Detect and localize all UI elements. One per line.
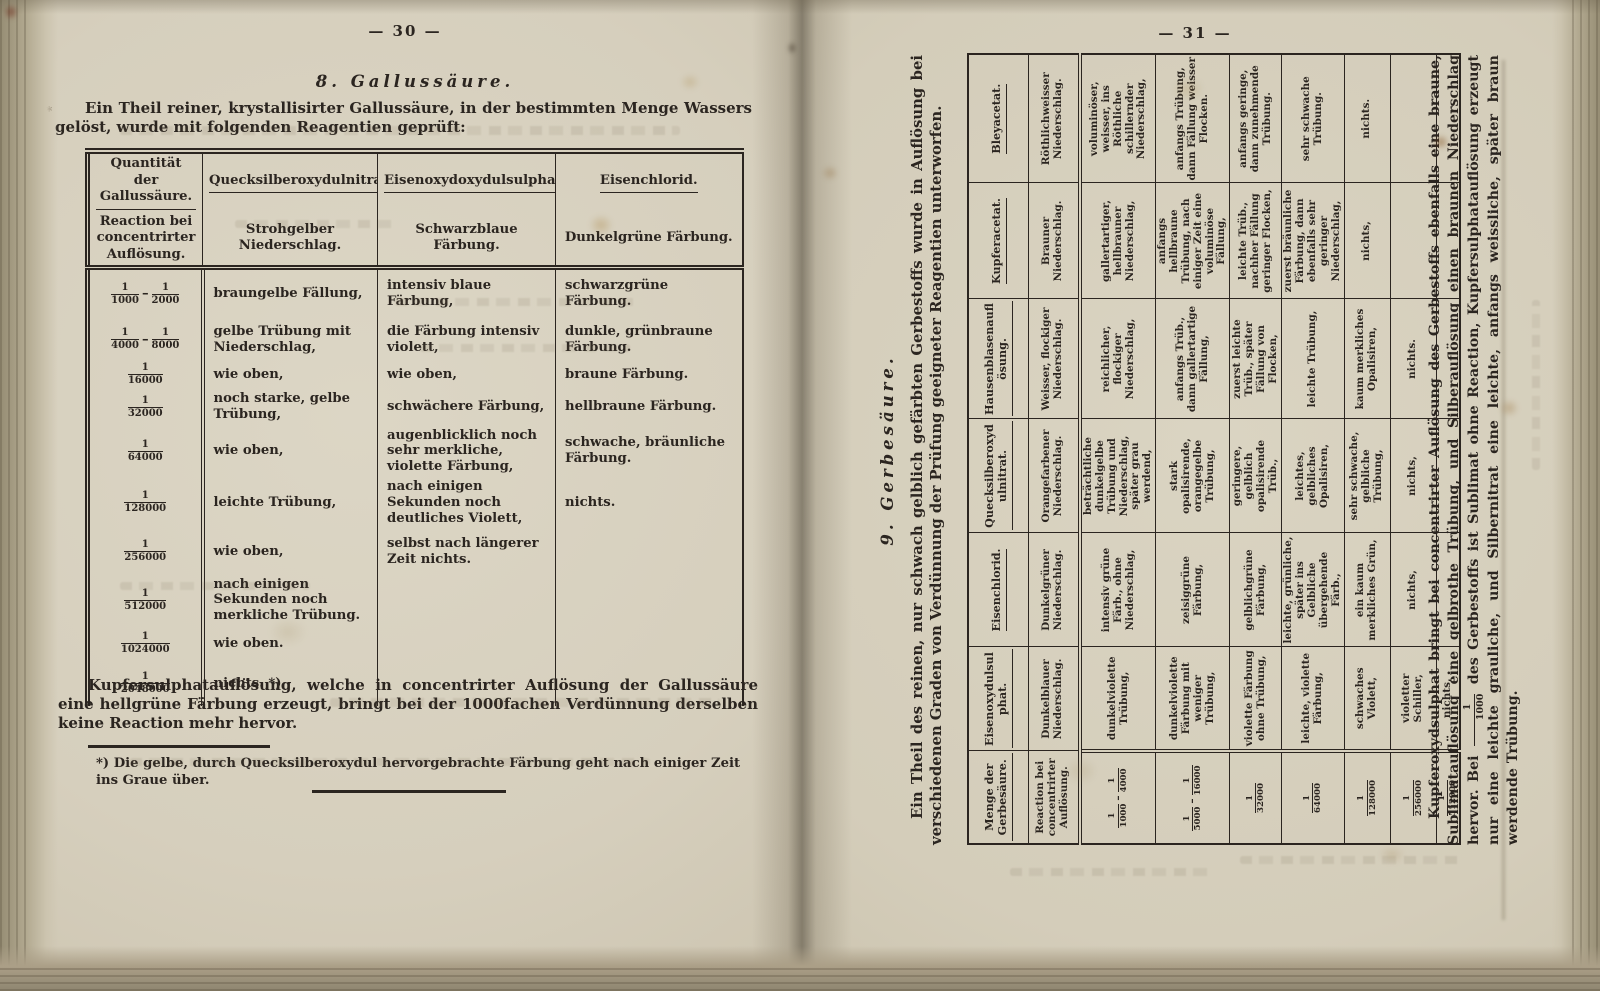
reaction-cell: anfangs Trüb., dann gallertartige Fällun… bbox=[1156, 299, 1230, 419]
intro-paragraph-left: Ein Theil reiner, krystallisirter Gallus… bbox=[55, 99, 752, 137]
page-31: — 31 — 9. Gerbesäure. Ein Theil des rein… bbox=[790, 0, 1600, 991]
reaction-cell: noch starke, gelbe Trübung, bbox=[203, 389, 378, 426]
column-header: Quecksilberoxydulnitrat. bbox=[203, 151, 378, 212]
quantity-cell: 14000–18000 bbox=[88, 319, 203, 361]
table-header: Menge der Gerbesäure.Eisenoxydulsulphat.… bbox=[968, 54, 1080, 844]
quantity-cell: 164000 bbox=[1282, 751, 1344, 844]
section-title-gallussaeure: 8. Gallussäure. bbox=[95, 72, 735, 91]
column-header: Quecksilberoxydulnitrat. bbox=[968, 419, 1028, 533]
reaction-cell: leichtes, gelbliches Opalisiren, bbox=[1282, 419, 1344, 533]
reaction-cell: intensiv grüne Färb., ohne Niederschlag, bbox=[1080, 533, 1156, 647]
rotated-content: 9. Gerbesäure. Ein Theil des reinen, nur… bbox=[870, 55, 1510, 845]
table-row: 132000violette Färbung ohne Trübung,gelb… bbox=[1230, 54, 1282, 844]
column-subheader: Dunkelblauer Niederschlag. bbox=[1028, 647, 1080, 751]
reaction-cell: zuerst bräunliche Färbung, dann ebenfall… bbox=[1282, 183, 1344, 299]
table-row: 1256000wie oben,selbst nach längerer Zei… bbox=[88, 529, 743, 575]
reaction-cell: dunkle, grünbraune Färbung. bbox=[556, 319, 743, 361]
reaction-cell bbox=[378, 626, 556, 661]
column-subheader: Orangefarbener Niederschlag. bbox=[1028, 419, 1080, 533]
fraction: 1256000 bbox=[1403, 780, 1423, 816]
reaction-cell: geringere, gelblich opalisirende Trüb., bbox=[1230, 419, 1282, 533]
reaction-cell: dunkelviolette Trübung, bbox=[1080, 647, 1156, 751]
reaction-cell: sehr schwache, gelbliche Trübung, bbox=[1344, 419, 1390, 533]
quantity-cell: 11000–14000 bbox=[1080, 751, 1156, 844]
column-header: Eisenchlorid. bbox=[968, 533, 1028, 647]
section-title-gerbesaeure: 9. Gerbesäure. bbox=[878, 55, 897, 845]
table-row: 116000wie oben,wie oben,braune Färbung. bbox=[88, 361, 743, 389]
reaction-cell: gelbe Trübung mit Niederschlag, bbox=[203, 319, 378, 361]
quantity-cell: 1128000 bbox=[88, 477, 203, 529]
quantity-cell: 132000 bbox=[88, 389, 203, 426]
margin-mark: * bbox=[46, 104, 52, 118]
fraction: 1128000 bbox=[1357, 780, 1377, 816]
reaction-cell bbox=[556, 529, 743, 575]
column-header: Hausenblasenauflösung. bbox=[968, 299, 1028, 419]
footnote-separator bbox=[88, 745, 270, 748]
reaction-cell: dunkelviolette Färbung mit weniger Trübu… bbox=[1156, 647, 1230, 751]
reaction-cell bbox=[556, 626, 743, 661]
table-row: 164000wie oben,augenblicklich noch sehr … bbox=[88, 426, 743, 478]
header-row: Menge der Gerbesäure.Eisenoxydulsulphat.… bbox=[968, 54, 1028, 844]
reaction-cell: nichts. bbox=[556, 477, 743, 529]
reaction-cell: anfangs Trübung, dann Fällung weisser Fl… bbox=[1156, 54, 1230, 183]
fraction: 11000 bbox=[111, 283, 139, 306]
reaction-cell: wie oben, bbox=[203, 361, 378, 389]
subheader-row: Reaction bei concentrirter Auflösung.Dun… bbox=[1028, 54, 1080, 844]
table-row: 14000–18000gelbe Trübung mit Niederschla… bbox=[88, 319, 743, 361]
footnote: *) Die gelbe, durch Quecksilberoxydul he… bbox=[96, 756, 752, 789]
fraction: 15000 bbox=[1183, 807, 1203, 831]
reaction-cell: gallertartiger, hellbrauner Niederschlag… bbox=[1080, 183, 1156, 299]
reaction-cell: augenblicklich noch sehr merkliche, viol… bbox=[378, 426, 556, 478]
reaction-cell: nichts, bbox=[1344, 183, 1390, 299]
gallussaeure-table: Quantität der Gallussäure.Quecksilberoxy… bbox=[85, 148, 744, 706]
fraction: 18000 bbox=[152, 328, 180, 351]
reaction-cell: leichte, grünliche, später ins Gelbliche… bbox=[1282, 533, 1344, 647]
column-header: Menge der Gerbesäure. bbox=[968, 751, 1028, 844]
reaction-cell: schwächere Färbung, bbox=[378, 389, 556, 426]
reaction-cell: leichte Trübung, bbox=[1282, 299, 1344, 419]
fraction: 164000 bbox=[128, 440, 163, 463]
reaction-cell: selbst nach längerer Zeit nichts. bbox=[378, 529, 556, 575]
reaction-cell: wie oben. bbox=[203, 626, 378, 661]
reaction-cell: reichlicher, flockiger Niederschlag, bbox=[1080, 299, 1156, 419]
fraction: 116000 bbox=[1183, 765, 1203, 795]
page-number-left: — 30 — bbox=[340, 22, 470, 40]
fraction: 11024000 bbox=[121, 632, 170, 655]
column-subheader: Röthlichweisser Niederschlag. bbox=[1028, 54, 1080, 183]
fraction: 11000 bbox=[1108, 804, 1128, 828]
table-row: 1128000leichte Trübung,nach einigen Seku… bbox=[88, 477, 743, 529]
reaction-cell: voluminöser, weisser, ins Röthliche schi… bbox=[1080, 54, 1156, 183]
reaction-cell bbox=[556, 575, 743, 627]
table-row: 11000–12000braungelbe Fällung,intensiv b… bbox=[88, 268, 743, 319]
quantity-cell: 1128000 bbox=[1344, 751, 1390, 844]
reaction-cell: schwarzgrüne Färbung. bbox=[556, 268, 743, 319]
reaction-cell: leichte Trüb., nachher Fällung geringer … bbox=[1230, 183, 1282, 299]
column-header: Eisenoxydoxydulsulphat. bbox=[378, 151, 556, 212]
reaction-cell: violette Färbung ohne Trübung, bbox=[1230, 647, 1282, 751]
fraction: 1128000 bbox=[124, 491, 166, 514]
closing-paragraph-right: Kupferoxydsulphat bringt bei concentrirt… bbox=[1426, 55, 1523, 845]
fraction: 1512000 bbox=[124, 589, 166, 612]
reaction-cell: gelblichgrüne Färbung, bbox=[1230, 533, 1282, 647]
gerbesaeure-table: Menge der Gerbesäure.Eisenoxydulsulphat.… bbox=[967, 53, 1461, 845]
column-header: Eisenoxydulsulphat. bbox=[968, 647, 1028, 751]
fraction: 132000 bbox=[128, 396, 163, 419]
table-header: Quantität der Gallussäure.Quecksilberoxy… bbox=[88, 151, 743, 268]
reaction-cell: wie oben, bbox=[378, 361, 556, 389]
intro-paragraph-right: Ein Theil des reinen, nur schwach gelbli… bbox=[908, 55, 946, 845]
reaction-cell: anfangs hellbraune Trübung, nach einiger… bbox=[1156, 183, 1230, 299]
column-header: Kupferacetat. bbox=[968, 183, 1028, 299]
fraction: 11000 bbox=[1463, 694, 1485, 746]
fraction: 164000 bbox=[1303, 783, 1323, 813]
subheader-row: Reaction bei concentrirter Auflösung.Str… bbox=[88, 212, 743, 268]
column-subheader: Weisser, flockiger Niederschlag. bbox=[1028, 299, 1080, 419]
column-subheader: Dunkelgrüner Niederschlag. bbox=[1028, 533, 1080, 647]
quantity-cell: 132000 bbox=[1230, 751, 1282, 844]
section-end-rule bbox=[312, 790, 506, 793]
header-row: Quantität der Gallussäure.Quecksilberoxy… bbox=[88, 151, 743, 212]
table-row: 15000–116000dunkelviolette Färbung mit w… bbox=[1156, 54, 1230, 844]
column-subheader: Strohgelber Niederschlag. bbox=[203, 212, 378, 268]
reaction-cell: zuerst leichte Trüb., später Fällung von… bbox=[1230, 299, 1282, 419]
reaction-cell: beträchtliche dunkelgelbe Trübung und Ni… bbox=[1080, 419, 1156, 533]
reaction-cell: leichte, violette Färbung, bbox=[1282, 647, 1344, 751]
closing-paragraph-left: Kupfersulphatauflösung, welche in concen… bbox=[58, 676, 758, 734]
reaction-cell bbox=[378, 575, 556, 627]
column-header: Bleyacetat. bbox=[968, 54, 1028, 183]
quantity-cell: 164000 bbox=[88, 426, 203, 478]
closing-fraction-slot: 11000 bbox=[1466, 692, 1482, 748]
reaction-cell: schwaches Violett, bbox=[1344, 647, 1390, 751]
table-row: 11024000wie oben. bbox=[88, 626, 743, 661]
quantity-cell: 11024000 bbox=[88, 626, 203, 661]
reaction-cell: schwache, bräunliche Färbung. bbox=[556, 426, 743, 478]
reaction-cell: wie oben, bbox=[203, 426, 378, 478]
column-header: Quantität der Gallussäure. bbox=[88, 151, 203, 212]
book-scan: — 30 — * 8. Gallussäure. Ein Theil reine… bbox=[0, 0, 1600, 991]
reaction-cell: braungelbe Fällung, bbox=[203, 268, 378, 319]
quantity-cell: 11000–12000 bbox=[88, 268, 203, 319]
fraction: 14000 bbox=[1108, 768, 1128, 792]
reaction-cell: die Färbung intensiv violett, bbox=[378, 319, 556, 361]
column-header: Eisenchlorid. bbox=[556, 151, 743, 212]
reaction-cell: intensiv blaue Färbung, bbox=[378, 268, 556, 319]
fraction: 116000 bbox=[128, 363, 163, 386]
reaction-cell: nichts. bbox=[1344, 54, 1390, 183]
quantity-cell: 1512000 bbox=[88, 575, 203, 627]
reaction-cell: stark opalisirende, orangegelbe Trübung, bbox=[1156, 419, 1230, 533]
reaction-cell: braune Färbung. bbox=[556, 361, 743, 389]
table-row: 1512000nach einigen Sekunden noch merkli… bbox=[88, 575, 743, 627]
table-row: 164000leichte, violette Färbung,leichte,… bbox=[1282, 54, 1344, 844]
column-subheader: Schwarzblaue Färbung. bbox=[378, 212, 556, 268]
reaction-cell: hellbraune Färbung. bbox=[556, 389, 743, 426]
reaction-cell: nach einigen Sekunden noch deutliches Vi… bbox=[378, 477, 556, 529]
quantity-cell: 116000 bbox=[88, 361, 203, 389]
column-subheader: Dunkelgrüne Färbung. bbox=[556, 212, 743, 268]
table-body: 11000–12000braungelbe Fällung,intensiv b… bbox=[88, 268, 743, 707]
fraction: 132000 bbox=[1246, 783, 1266, 813]
quantity-cell: 1256000 bbox=[88, 529, 203, 575]
reaction-cell: kaum merkliches Opalisiren, bbox=[1344, 299, 1390, 419]
quantity-cell: 15000–116000 bbox=[1156, 751, 1230, 844]
page-number-right: — 31 — bbox=[1130, 24, 1260, 42]
reaction-cell: sehr schwache Trübung. bbox=[1282, 54, 1344, 183]
reaction-cell: leichte Trübung, bbox=[203, 477, 378, 529]
page-30: — 30 — * 8. Gallussäure. Ein Theil reine… bbox=[0, 0, 790, 991]
column-subheader: Reaction bei concentrirter Auflösung. bbox=[1028, 751, 1080, 844]
reaction-cell: nach einigen Sekunden noch merkliche Trü… bbox=[203, 575, 378, 627]
reaction-cell: wie oben, bbox=[203, 529, 378, 575]
table-body: 11000–14000dunkelviolette Trübung,intens… bbox=[1080, 54, 1460, 844]
fraction: 14000 bbox=[111, 328, 139, 351]
table-row: 132000noch starke, gelbe Trübung,schwäch… bbox=[88, 389, 743, 426]
table-row: 11000–14000dunkelviolette Trübung,intens… bbox=[1080, 54, 1156, 844]
reaction-cell: ein kaum merkliches Grün, bbox=[1344, 533, 1390, 647]
column-subheader: Brauner Niederschlag. bbox=[1028, 183, 1080, 299]
table-row: 1128000schwaches Violett,ein kaum merkli… bbox=[1344, 54, 1390, 844]
fraction: 12000 bbox=[152, 283, 180, 306]
reaction-cell: zeisiggrüne Färbung, bbox=[1156, 533, 1230, 647]
column-subheader: Reaction bei concentrirter Auflösung. bbox=[88, 212, 203, 268]
reaction-cell: anfangs geringe, dann zunehmende Trübung… bbox=[1230, 54, 1282, 183]
fraction: 1256000 bbox=[124, 540, 166, 563]
